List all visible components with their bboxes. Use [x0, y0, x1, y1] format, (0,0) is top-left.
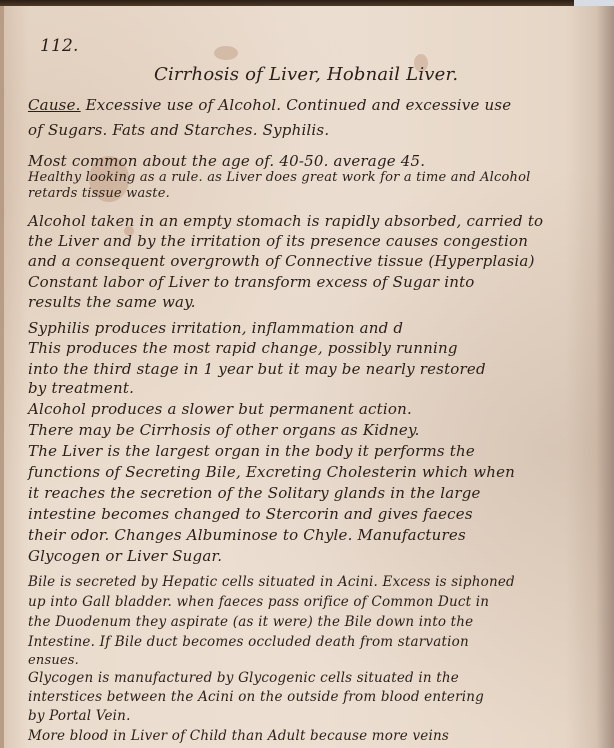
- cause-label: Cause.: [28, 96, 81, 114]
- manuscript-page: 112. Cirrhosis of Liver, Hobnail Liver. …: [0, 6, 614, 748]
- text-line: Syphilis produces irritation, inflammati…: [28, 319, 403, 337]
- text-line: ensues.: [28, 653, 79, 668]
- text-line: Alcohol taken in an empty stomach is rap…: [28, 212, 543, 230]
- text-line: results the same way.: [28, 293, 196, 311]
- text-line: Most common about the age of. 40-50. ave…: [28, 152, 425, 170]
- text-line: into the third stage in 1 year but it ma…: [28, 360, 486, 378]
- text-line: Glycogen or Liver Sugar.: [28, 547, 222, 565]
- text-line: the Liver and by the irritation of its p…: [28, 232, 528, 250]
- text-line: Constant labor of Liver to transform exc…: [28, 273, 475, 291]
- text-line: intestine becomes changed to Stercorin a…: [28, 505, 473, 523]
- text-line: More blood in Liver of Child than Adult …: [28, 728, 449, 744]
- text-line: and a consequent overgrowth of Connectiv…: [28, 252, 535, 270]
- text-line: Intestine. If Bile duct becomes occluded…: [28, 634, 469, 650]
- text-line: Glycogen is manufactured by Glycogenic c…: [28, 670, 459, 686]
- page-number: 112.: [40, 36, 79, 56]
- text-line: This produces the most rapid change, pos…: [28, 339, 458, 357]
- text-line: functions of Secreting Bile, Excreting C…: [28, 463, 515, 481]
- page-gutter-shadow: [596, 6, 614, 748]
- text-line: by Portal Vein.: [28, 708, 131, 724]
- page-title: Cirrhosis of Liver, Hobnail Liver.: [154, 64, 458, 85]
- text-line: it reaches the secretion of the Solitary…: [28, 484, 481, 502]
- text-line: of Sugars. Fats and Starches. Syphilis.: [28, 121, 329, 139]
- text-line: interstices between the Acini on the out…: [28, 689, 484, 705]
- cause-line: Cause. Excessive use of Alcohol. Continu…: [28, 96, 511, 114]
- text-line: Excessive use of Alcohol. Continued and …: [86, 96, 512, 114]
- text-line: There may be Cirrhosis of other organs a…: [28, 421, 420, 439]
- text-line: The Liver is the largest organ in the bo…: [28, 442, 475, 460]
- text-line: Healthy looking as a rule. as Liver does…: [28, 170, 531, 185]
- text-line: Bile is secreted by Hepatic cells situat…: [28, 574, 515, 590]
- text-line: retards tissue waste.: [28, 186, 170, 201]
- text-line: their odor. Changes Albuminose to Chyle.…: [28, 526, 466, 544]
- text-line: by treatment.: [28, 379, 134, 397]
- text-line: the Duodenum they aspirate (as it were) …: [28, 614, 473, 630]
- text-line: up into Gall bladder. when faeces pass o…: [28, 594, 489, 610]
- text-line: Alcohol produces a slower but permanent …: [28, 400, 412, 418]
- ink-stain: [214, 46, 238, 60]
